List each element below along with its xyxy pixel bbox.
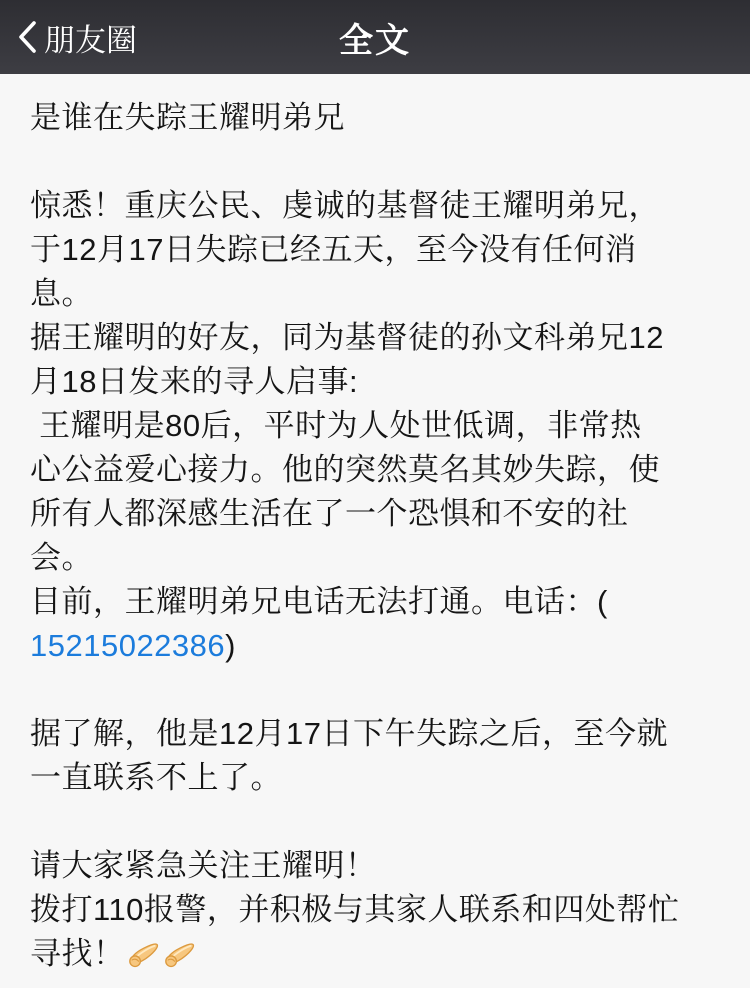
navigation-bar: 朋友圈 全文 bbox=[0, 0, 750, 74]
post-text-line: 于12月17日失踪已经五天，至今没有任何消 bbox=[30, 228, 720, 272]
post-title-line: 是谁在失踪王耀明弟兄 bbox=[30, 96, 720, 140]
phone-line: 15215022386) bbox=[30, 624, 720, 668]
post-text-line: 请大家紧急关注王耀明！ bbox=[30, 844, 720, 888]
phone-close-paren: ) bbox=[225, 628, 236, 663]
blank-line bbox=[30, 800, 720, 844]
pray-hands-emoji bbox=[127, 937, 161, 983]
post-text-line: 王耀明是80后，平时为人处世低调，非常热 bbox=[30, 404, 720, 448]
final-line: 寻找！ bbox=[30, 932, 720, 983]
post-text-line: 心公益爱心接力。他的突然莫名其妙失踪，使 bbox=[30, 448, 720, 492]
post-text-line: 会。 bbox=[30, 536, 720, 580]
post-text-line: 一直联系不上了。 bbox=[30, 756, 720, 800]
phone-number-link[interactable]: 15215022386 bbox=[30, 628, 225, 663]
post-text-line: 所有人都深感生活在了一个恐惧和不安的社 bbox=[30, 492, 720, 536]
final-line-text: 寻找！ bbox=[30, 936, 125, 971]
post-text-line: 拨打110报警，并积极与其家人联系和四处帮忙 bbox=[30, 888, 720, 932]
blank-line bbox=[30, 140, 720, 184]
post-text-line: 目前，王耀明弟兄电话无法打通。电话：( bbox=[30, 580, 720, 624]
wechat-full-text-screen: 朋友圈 全文 是谁在失踪王耀明弟兄 惊悉！重庆公民、虔诚的基督徒王耀明弟兄， 于… bbox=[0, 0, 750, 988]
pray-hands-emoji bbox=[163, 937, 197, 983]
post-text-line: 惊悉！重庆公民、虔诚的基督徒王耀明弟兄， bbox=[30, 184, 720, 228]
back-button-label: 朋友圈 bbox=[44, 15, 137, 60]
back-button[interactable]: 朋友圈 bbox=[16, 15, 137, 60]
back-chevron-icon bbox=[16, 19, 44, 55]
post-text-line: 据了解，他是12月17日下午失踪之后，至今就 bbox=[30, 712, 720, 756]
post-text-line: 息。 bbox=[30, 272, 720, 316]
post-body: 是谁在失踪王耀明弟兄 惊悉！重庆公民、虔诚的基督徒王耀明弟兄， 于12月17日失… bbox=[0, 74, 750, 983]
post-text-line: 月18日发来的寻人启事: bbox=[30, 360, 720, 404]
post-text-line: 据王耀明的好友，同为基督徒的孙文科弟兄12 bbox=[30, 316, 720, 360]
blank-line bbox=[30, 668, 720, 712]
